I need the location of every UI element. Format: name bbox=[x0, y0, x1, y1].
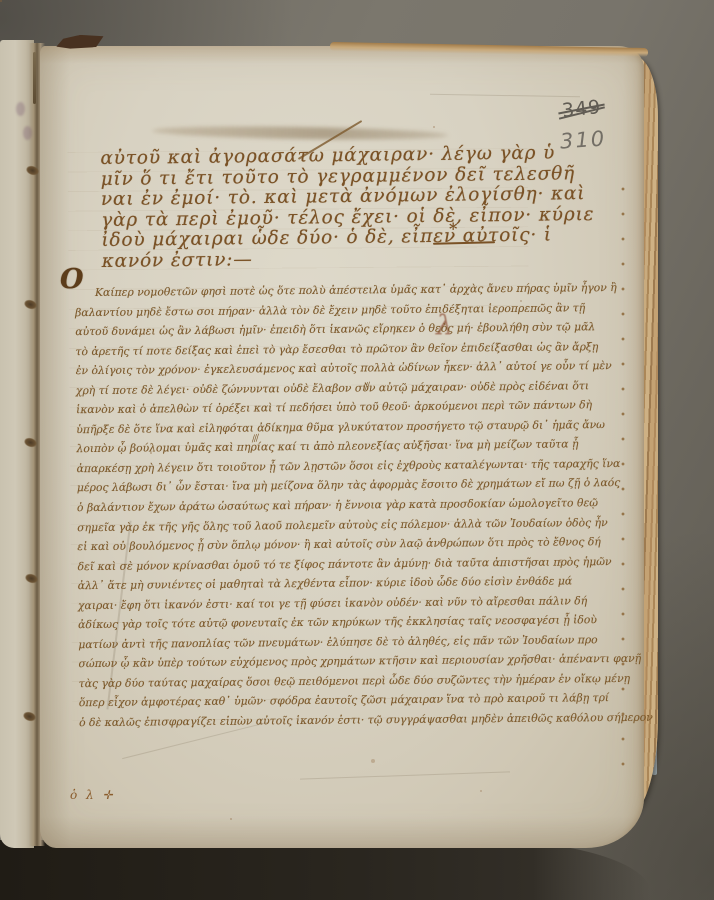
commentary-text-block: Καίπερ νομοθετῶν φησὶ ποτὲ ὡς ὅτε πολὺ ἀ… bbox=[75, 279, 529, 733]
struck-folio-number: 349 bbox=[561, 96, 602, 122]
manuscript-photo: 349 310 αὐτοῦ καὶ ἀγορασάτω μάχαιραν· λέ… bbox=[0, 0, 714, 900]
foxing-specks bbox=[0, 0, 2, 2]
pricking-holes bbox=[621, 186, 625, 786]
gutter-stain bbox=[23, 126, 32, 140]
correction-asterisk: * bbox=[449, 219, 457, 238]
sewing-thread bbox=[33, 52, 36, 104]
quire-signature: ὁ λ ✛ bbox=[70, 788, 115, 802]
book-cast-shadow bbox=[0, 840, 650, 900]
gutter-stain bbox=[16, 102, 25, 116]
lemma-text-block: αὐτοῦ καὶ ἀγορασάτω μάχαιραν· λέγω γὰρ ὑ… bbox=[100, 143, 595, 273]
